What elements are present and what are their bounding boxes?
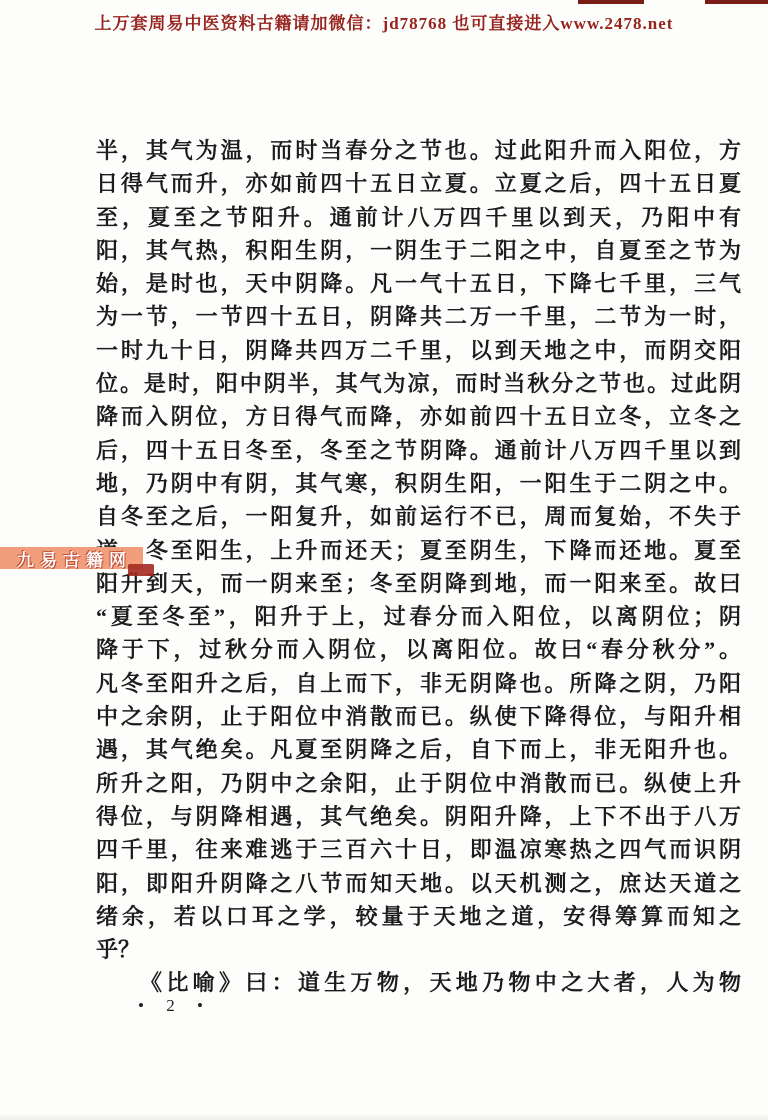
text-line-paragraph-start: 《比喻》曰：道生万物，天地乃物中之大者，人为物 xyxy=(96,966,741,999)
text-line: 阳，即阳升阴降之八节而知天地。以天机测之，庶达天道之 xyxy=(96,867,741,900)
text-line: 位。是时，阳中阴半，其气为凉，而时当秋分之节也。过此阴 xyxy=(96,367,741,400)
top-edge-bar-left xyxy=(578,0,644,4)
text-line: 自冬至之后，一阳复升，如前运行不已，周而复始，不失于 xyxy=(96,500,741,533)
text-line: 凡冬至阳升之后，自上而下，非无阴降也。所降之阴，乃阳 xyxy=(96,667,741,700)
text-line: “夏至冬至”，阳升于上，过春分而入阳位，以离阴位；阴 xyxy=(96,600,741,633)
text-line: 道。冬至阳生，上升而还天；夏至阴生，下降而还地。夏至 xyxy=(96,534,741,567)
watermark-seal-icon xyxy=(128,564,154,576)
promo-header-text: 上万套周易中医资料古籍请加微信：jd78768 也可直接进入www.2478.n… xyxy=(0,9,768,34)
text-line: 得位，与阴降相遇，其气绝矣。阴阳升降，上下不出于八万 xyxy=(96,800,741,833)
text-line: 遇，其气绝矣。凡夏至阴降之后，自下而上，非无阳升也。 xyxy=(96,733,741,766)
text-line: 地，乃阴中有阴，其气寒，积阴生阳，一阳生于二阴之中。 xyxy=(96,467,741,500)
text-line: 中之余阴，止于阳位中消散而已。纵使下降得位，与阳升相 xyxy=(96,700,741,733)
text-line: 所升之阳，乃阴中之余阳，止于阴位中消散而已。纵使上升 xyxy=(96,767,741,800)
text-line: 为一节，一节四十五日，阴降共二万一千里，二节为一时， xyxy=(96,300,741,333)
watermark-band: 九易古籍网 xyxy=(0,547,143,569)
text-line: 四千里，往来难逃于三百六十日，即温凉寒热之四气而识阴 xyxy=(96,833,741,866)
body-text-block: 半，其气为温，而时当春分之节也。过此阳升而入阳位，方 日得气而升，亦如前四十五日… xyxy=(96,134,741,1000)
text-line: 至，夏至之节阳升。通前计八万四千里以到天，乃阳中有 xyxy=(96,201,741,234)
watermark-text: 九易古籍网 xyxy=(11,546,132,571)
text-line: 后，四十五日冬至，冬至之节阴降。通前计八万四千里以到 xyxy=(96,434,741,467)
text-line: 乎？ xyxy=(96,933,741,966)
page-number: • 2 • xyxy=(138,996,212,1016)
scan-smudge xyxy=(0,1113,768,1120)
text-line: 始，是时也，天中阴降。凡一气十五日，下降七千里，三气 xyxy=(96,267,741,300)
text-line: 阳升到天，而一阴来至；冬至阴降到地，而一阳来至。故曰 xyxy=(96,567,741,600)
text-line: 绪余，若以口耳之学，较量于天地之道，安得筹算而知之 xyxy=(96,900,741,933)
top-edge-bar-right xyxy=(705,0,768,4)
text-line: 日得气而升，亦如前四十五日立夏。立夏之后，四十五日夏 xyxy=(96,167,741,200)
text-line: 阳，其气热，积阳生阴，一阴生于二阳之中，自夏至之节为 xyxy=(96,234,741,267)
text-line: 半，其气为温，而时当春分之节也。过此阳升而入阳位，方 xyxy=(96,134,741,167)
text-line: 降于下，过秋分而入阴位，以离阳位。故曰“春分秋分”。 xyxy=(96,633,741,666)
text-line: 一时九十日，阴降共四万二千里，以到天地之中，而阴交阳 xyxy=(96,334,741,367)
text-line: 降而入阴位，方日得气而降，亦如前四十五日立冬，立冬之 xyxy=(96,400,741,433)
scanned-book-page: 上万套周易中医资料古籍请加微信：jd78768 也可直接进入www.2478.n… xyxy=(0,0,768,1120)
